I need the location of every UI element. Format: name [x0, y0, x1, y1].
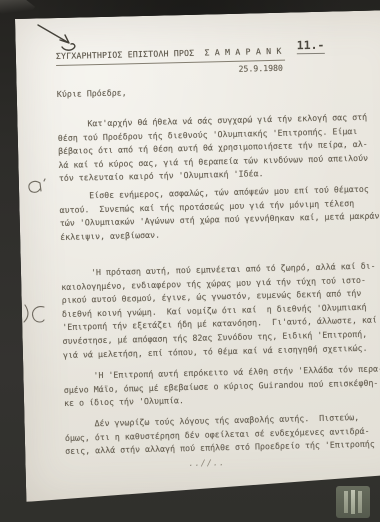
paragraph-4: 'Η 'Επιτροπή αυτή επρόκειτο νά έλθη στήν…	[63, 362, 380, 410]
paragraph-2: Είσθε ενήμερος, ασφαλώς, τών απόψεών μου…	[59, 182, 380, 244]
pencil-scribble-mark	[25, 177, 47, 199]
paragraph-5: Δέν γνωρίζω τούς λόγους τής αναβολής αυτ…	[64, 411, 375, 459]
emblem-column	[344, 491, 348, 513]
letter-page: 11.- ΣΥΓΧΑΡΗΤΗΡΙΟΣ ΕΠΙΣΤΟΛΗ ΠΡΟΣ Σ Α Μ Α…	[15, 10, 380, 502]
salutation: Κύριε Πρόεδρε,	[57, 87, 127, 99]
page-number: 11.-	[297, 38, 325, 54]
pencil-bracket-mark	[19, 303, 47, 325]
paragraph-3: 'Η πρόταση αυτή, πού εμπνέεται από τό ζω…	[61, 260, 378, 363]
letter-header: ΣΥΓΧΑΡΗΤΗΡΙΟΣ ΕΠΙΣΤΟΛΗ ΠΡΟΣ Σ Α Μ Α Ρ Α …	[56, 46, 285, 78]
continuation-mark: ..//..	[188, 458, 225, 469]
emblem-column	[358, 491, 362, 513]
archive-stamp-icon	[336, 486, 370, 518]
scanned-letter-photo: 11.- ΣΥΓΧΑΡΗΤΗΡΙΟΣ ΕΠΙΣΤΟΛΗ ΠΡΟΣ Σ Α Μ Α…	[0, 0, 380, 522]
paragraph-1: Κατ'αρχήν θά ήθελα νά σάς συγχαρώ γιά τή…	[57, 111, 368, 186]
emblem-column	[351, 490, 355, 514]
handwritten-arrow-mark	[34, 20, 86, 56]
